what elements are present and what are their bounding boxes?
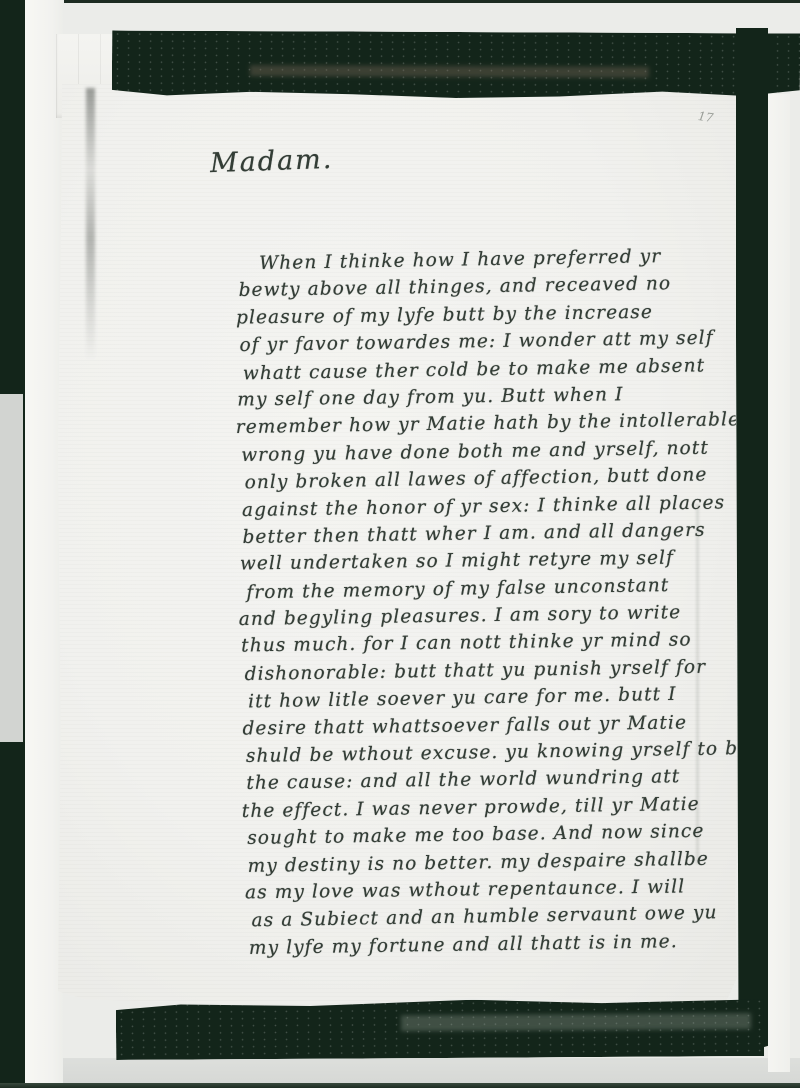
backing-patch-left <box>0 394 23 742</box>
mount-band-top <box>112 30 800 99</box>
letter-paper: 17 Madam. When I thinke how I have prefe… <box>58 84 740 1005</box>
mount-smudge <box>250 65 649 78</box>
paper-crease <box>86 88 95 360</box>
page-number-mark: 17 <box>697 109 714 125</box>
mount-texture <box>112 30 800 99</box>
backing-strip-left <box>25 0 63 1088</box>
mount-band-bottom <box>116 998 764 1060</box>
photo-edge-bottom <box>0 1083 800 1088</box>
salutation: Madam. <box>209 144 333 179</box>
photo-edge-top <box>64 0 800 3</box>
mount-band-right <box>736 28 768 1050</box>
backing-strip-right <box>768 94 790 1072</box>
photograph-of-letter: 17 Madam. When I thinke how I have prefe… <box>0 0 800 1088</box>
mount-smudge <box>401 1013 751 1031</box>
letter-body: When I thinke how I have preferred yr be… <box>238 242 740 962</box>
backing-strip-bottom <box>0 1058 800 1084</box>
